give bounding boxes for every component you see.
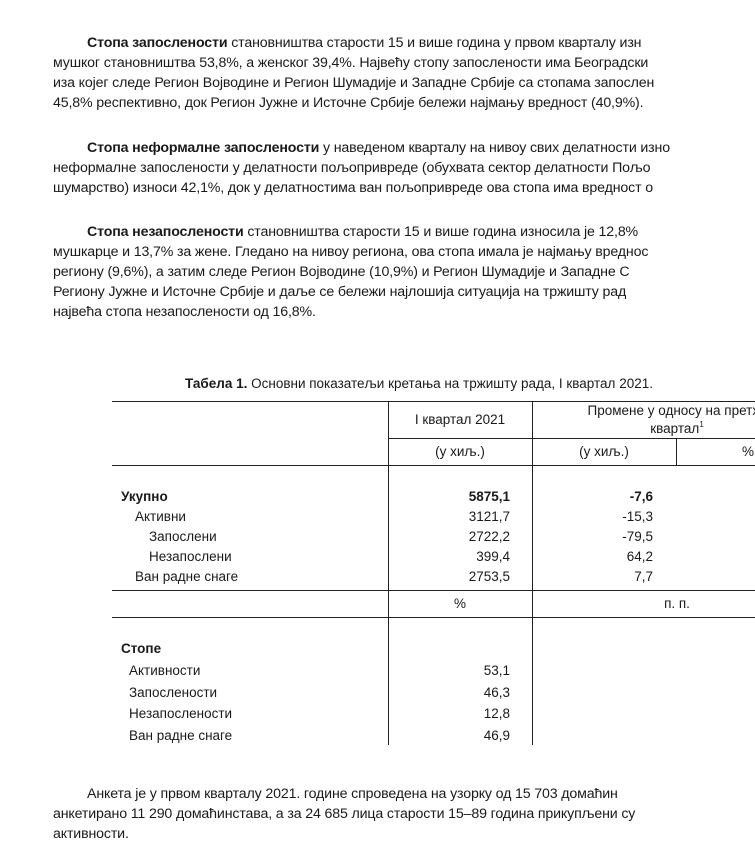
row-label: Ван радне снаге xyxy=(135,569,238,585)
paragraph-informal-employment: Стопа неформалне запослености у наведено… xyxy=(53,138,755,198)
rate-value: 53,1 xyxy=(388,663,510,679)
header-bottom-border xyxy=(112,465,755,466)
row-label: Активни xyxy=(135,509,186,525)
rate-value: 46,3 xyxy=(388,685,510,701)
row-change: 7,7 xyxy=(532,569,653,585)
term-informal-employment: Стопа неформалне запослености xyxy=(87,140,319,156)
row-change: -79,5 xyxy=(532,529,653,545)
header-change-previous-quarter: Промене у односу на претхо квартал1 xyxy=(532,404,755,436)
rate-label: Активности xyxy=(129,663,200,679)
table-top-border xyxy=(112,401,755,402)
rate-label: Ван радне снаге xyxy=(129,728,232,744)
row-change: 64,2 xyxy=(532,549,653,565)
rate-value: 12,8 xyxy=(388,706,510,722)
row-value: 2753,5 xyxy=(388,569,510,585)
term-employment-rate: Стопа запослености xyxy=(87,35,227,51)
rate-label: Незапослености xyxy=(129,706,232,722)
row-value: 5875,1 xyxy=(388,489,510,505)
unit-row-top-border xyxy=(112,590,755,591)
header-q1-2021: I квартал 2021 xyxy=(388,412,532,428)
unit-row-percent: % xyxy=(388,596,532,612)
paragraph-employment-rate: Стопа запослености становништва старости… xyxy=(53,33,755,113)
unit-percent: % xyxy=(676,444,755,460)
header-divider xyxy=(388,438,755,439)
unit-row-pp: п. п. xyxy=(532,596,755,612)
rates-heading: Стопе xyxy=(121,641,161,657)
paragraph-unemployment-rate: Стопа незапослености становништва старос… xyxy=(53,222,755,322)
row-label: Укупно xyxy=(121,489,168,505)
row-value: 3121,7 xyxy=(388,509,510,525)
rate-label: Запослености xyxy=(129,685,217,701)
unit-row-bottom-border xyxy=(112,617,755,618)
row-value: 399,4 xyxy=(388,549,510,565)
paragraph-survey: Анкета је у првом кварталу 2021. године … xyxy=(53,784,755,842)
row-value: 2722,2 xyxy=(388,529,510,545)
row-label: Запослени xyxy=(149,529,217,545)
rate-value: 46,9 xyxy=(388,728,510,744)
table-title: Табела 1. Основни показатељи кретања на … xyxy=(185,376,653,391)
unit-thousands-2: (у хиљ.) xyxy=(532,444,676,460)
term-unemployment-rate: Стопа незапослености xyxy=(87,224,244,240)
row-change: -15,3 xyxy=(532,509,653,525)
row-label: Незапослени xyxy=(149,549,232,565)
row-change: -7,6 xyxy=(532,489,653,505)
unit-thousands-1: (у хиљ.) xyxy=(388,444,532,460)
